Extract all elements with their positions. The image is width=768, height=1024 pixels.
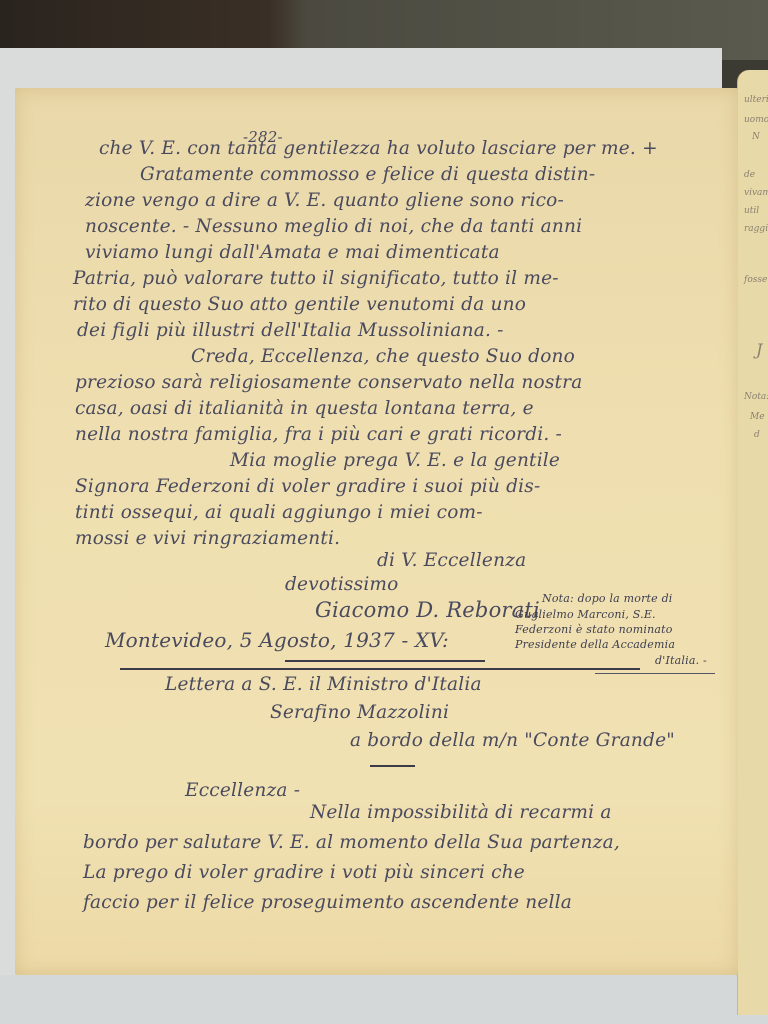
letter-line: Patria, può valorare tutto il significat…: [73, 268, 559, 289]
letter-line: rito di questo Suo atto gentile venutomi…: [73, 294, 526, 315]
facing-page: ulteriori uomo N de vivamente util raggi…: [737, 70, 768, 1015]
letter-line: dei figli più illustri dell'Italia Musso…: [77, 320, 504, 341]
facing-page-fragment: N: [752, 132, 760, 142]
letter-line: bordo per salutare V. E. al momento dell…: [83, 832, 620, 853]
place-date: Montevideo, 5 Agosto, 1937 - XV:: [105, 628, 449, 652]
table-surface: [0, 975, 768, 1024]
note-line: Nota: dopo la morte di: [542, 592, 673, 605]
letter-line: Mia moglie prega V. E. e la gentile: [230, 450, 560, 471]
letter-line: Signora Federzoni di voler gradire i suo…: [75, 476, 540, 497]
note-line: d'Italia. -: [655, 654, 707, 667]
facing-page-fragment: d: [754, 430, 760, 440]
heading-line: a bordo della m/n "Conte Grande": [350, 730, 675, 751]
note-line: Presidente della Accademia: [515, 638, 675, 651]
letter-line: Gratamente commosso e felice di questa d…: [140, 164, 595, 185]
devotion: devotissimo: [285, 574, 399, 595]
letter-line: viviamo lungi dall'Amata e mai dimentica…: [85, 242, 500, 263]
letter-line: Nella impossibilità di recarmi a: [310, 802, 612, 823]
salutation: Eccellenza -: [185, 780, 300, 801]
facing-page-fragment: Nota:: [744, 392, 768, 402]
heading-line: Lettera a S. E. il Ministro d'Italia: [165, 674, 482, 695]
letter-line: che V. E. con tanta gentilezza ha voluto…: [99, 138, 658, 159]
letter-line: noscente. - Nessuno meglio di noi, che d…: [85, 216, 582, 237]
letter-line: tinti ossequi, ai quali aggiungo i miei …: [75, 502, 483, 523]
letter-line: prezioso sarà religiosamente conservato …: [75, 372, 582, 393]
facing-page-fragment: vivamente: [744, 188, 768, 198]
letter-line: mossi e vivi ringraziamenti.: [75, 528, 340, 549]
facing-page-fragment: Me: [750, 412, 765, 422]
divider-long: [120, 668, 640, 670]
letter-line: Creda, Eccellenza, che questo Suo dono: [191, 346, 575, 367]
facing-page-fragment: de: [744, 170, 755, 180]
heading-line: Serafino Mazzolini: [270, 702, 449, 723]
facing-page-fragment: util: [744, 206, 759, 216]
heading-divider: [370, 765, 415, 767]
letter-line: La prego di voler gradire i voti più sin…: [83, 862, 525, 883]
facing-page-fragment: uomo: [744, 115, 768, 125]
facing-page-fragment: raggi: [744, 224, 768, 234]
closing: di V. Eccellenza: [377, 550, 526, 571]
note-line: Federzoni è stato nominato: [515, 623, 673, 636]
letter-page: -282- che V. E. con tanta gentilezza ha …: [15, 88, 738, 975]
facing-page-fragment: ulteriori: [744, 95, 768, 105]
signature: Giacomo D. Reborati: [315, 598, 540, 622]
note-line: Guglielmo Marconi, S.E.: [515, 608, 656, 621]
letter-line: casa, oasi di italianità in questa lonta…: [75, 398, 534, 419]
facing-page-fragment: fosse: [744, 275, 767, 285]
letter-line: nella nostra famiglia, fra i più cari e …: [75, 424, 562, 445]
letter-line: zione vengo a dire a V. E. quanto gliene…: [85, 190, 564, 211]
divider-short: [285, 660, 485, 662]
letter-line: faccio per il felice proseguimento ascen…: [83, 892, 572, 913]
facing-page-fragment: J: [756, 340, 762, 359]
note-underline: [595, 673, 715, 674]
